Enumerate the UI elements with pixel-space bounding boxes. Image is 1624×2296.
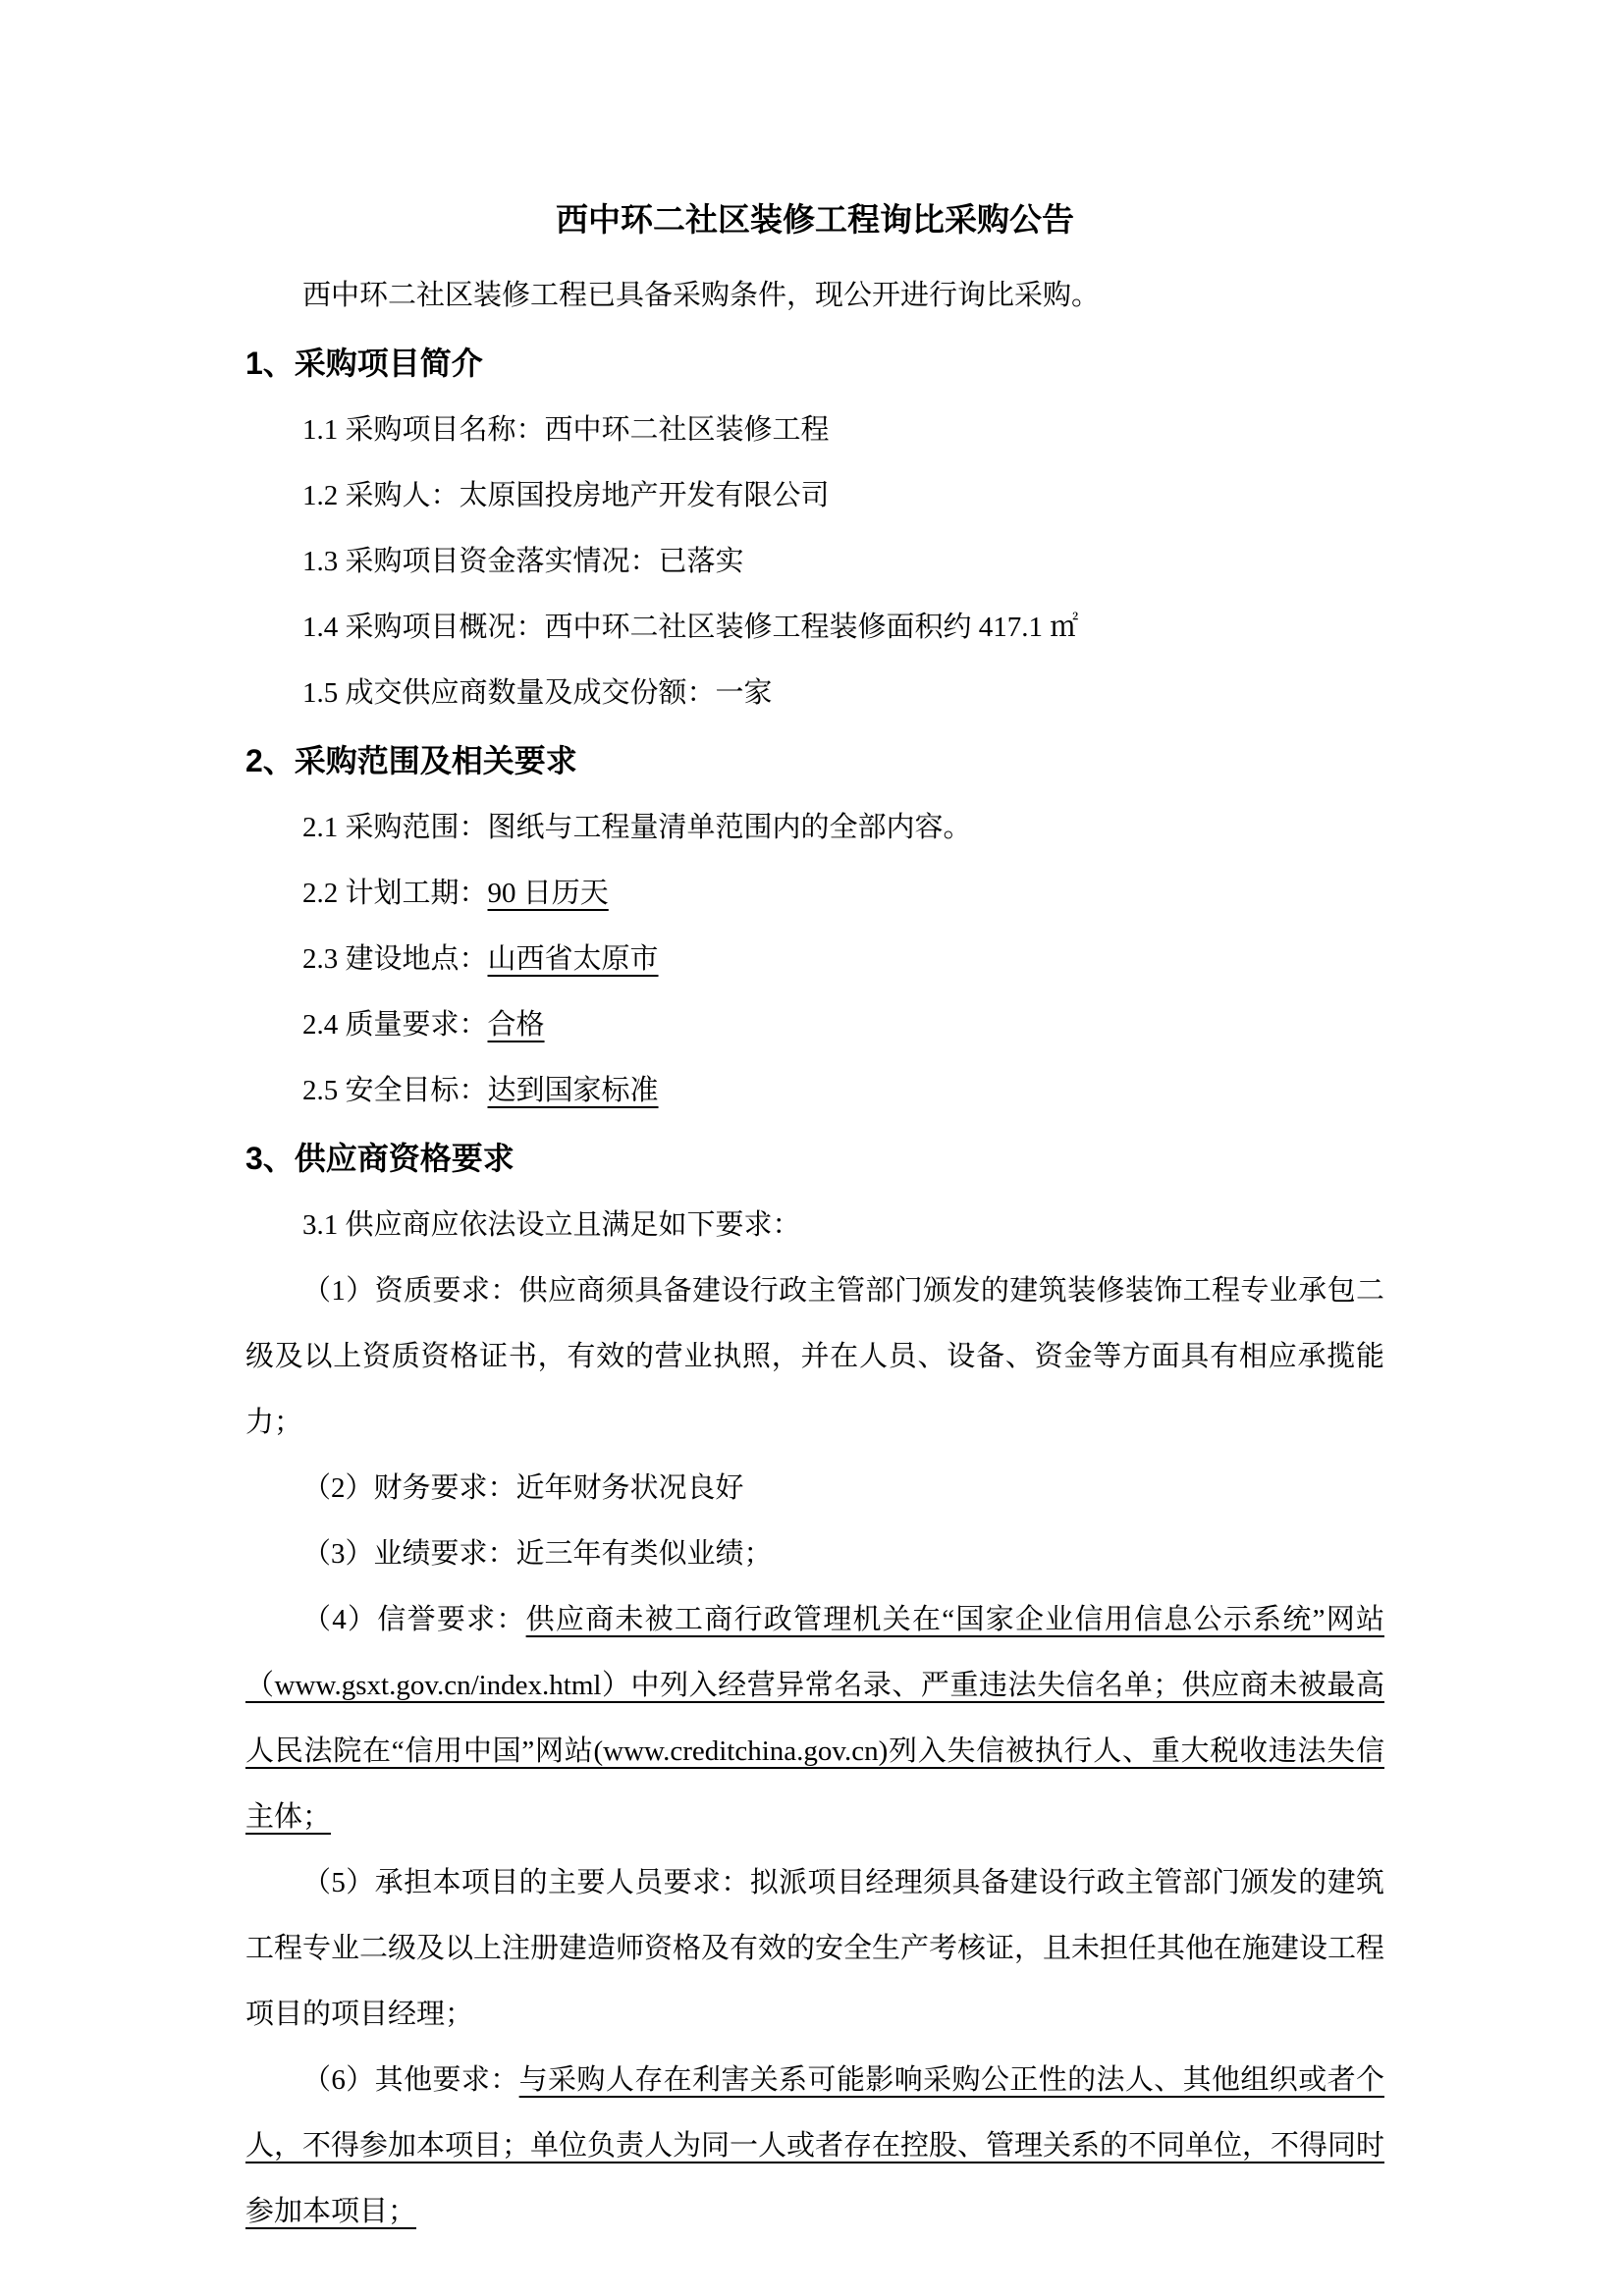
item-1-3: 1.3 采购项目资金落实情况：已落实 xyxy=(245,529,1384,595)
requirement-3-prefix: （3）业绩要求： xyxy=(302,1538,516,1570)
requirement-4: （4）信誉要求：供应商未被工商行政管理机关在“国家企业信用信息公示系统”网站（w… xyxy=(245,1587,1384,1850)
requirement-2-text: 近年财务状况良好 xyxy=(516,1472,744,1504)
requirement-1-prefix: （1）资质要求： xyxy=(302,1275,519,1307)
requirement-4-text: 供应商未被工商行政管理机关在“国家企业信用信息公示系统”网站（www.gsxt.… xyxy=(245,1604,1384,1833)
item-2-3-label: 2.3 建设地点： xyxy=(302,943,488,975)
requirement-1: （1）资质要求：供应商须具备建设行政主管部门颁发的建筑装修装饰工程专业承包二级及… xyxy=(245,1258,1384,1456)
requirement-6: （6）其他要求：与采购人存在利害关系可能影响采购公正性的法人、其他组织或者个人，… xyxy=(245,2048,1384,2245)
section-1-heading: 1、采购项目简介 xyxy=(245,329,1384,398)
item-1-4: 1.4 采购项目概况：西中环二社区装修工程装修面积约 417.1 ㎡ xyxy=(245,595,1384,661)
item-2-1: 2.1 采购范围：图纸与工程量清单范围内的全部内容。 xyxy=(245,795,1384,861)
item-2-2-label: 2.2 计划工期： xyxy=(302,878,488,909)
item-2-4: 2.4 质量要求：合格 xyxy=(245,992,1384,1058)
requirement-4-prefix: （4）信誉要求： xyxy=(302,1604,526,1635)
intro-paragraph: 西中环二社区装修工程已具备采购条件，现公开进行询比采购。 xyxy=(245,263,1384,329)
item-3-1: 3.1 供应商应依法设立且满足如下要求： xyxy=(245,1193,1384,1258)
item-2-4-value: 合格 xyxy=(488,1009,545,1041)
document-page: 西中环二社区装修工程询比采购公告 西中环二社区装修工程已具备采购条件，现公开进行… xyxy=(0,0,1624,2296)
document-title: 西中环二社区装修工程询比采购公告 xyxy=(245,202,1384,238)
requirement-5-prefix: （5）承担本项目的主要人员要求： xyxy=(302,1867,750,1898)
item-2-4-label: 2.4 质量要求： xyxy=(302,1009,488,1041)
item-2-5: 2.5 安全目标：达到国家标准 xyxy=(245,1058,1384,1124)
requirement-6-prefix: （6）其他要求： xyxy=(302,2064,519,2096)
requirement-3-text: 近三年有类似业绩； xyxy=(516,1538,773,1570)
item-2-1-value: 图纸与工程量清单范围内的全部内容。 xyxy=(488,812,972,843)
requirement-3: （3）业绩要求：近三年有类似业绩； xyxy=(245,1522,1384,1587)
section-2-heading: 2、采购范围及相关要求 xyxy=(245,726,1384,795)
item-2-2: 2.2 计划工期：90 日历天 xyxy=(245,861,1384,927)
item-2-2-value: 90 日历天 xyxy=(488,878,609,909)
requirement-5: （5）承担本项目的主要人员要求：拟派项目经理须具备建设行政主管部门颁发的建筑工程… xyxy=(245,1850,1384,2048)
item-1-2: 1.2 采购人：太原国投房地产开发有限公司 xyxy=(245,463,1384,529)
item-2-5-label: 2.5 安全目标： xyxy=(302,1075,488,1106)
item-2-1-label: 2.1 采购范围： xyxy=(302,812,488,843)
item-1-1: 1.1 采购项目名称：西中环二社区装修工程 xyxy=(245,398,1384,463)
section-3-heading: 3、供应商资格要求 xyxy=(245,1124,1384,1193)
item-2-5-value: 达到国家标准 xyxy=(488,1075,659,1106)
item-2-3: 2.3 建设地点：山西省太原市 xyxy=(245,927,1384,992)
item-1-5: 1.5 成交供应商数量及成交份额：一家 xyxy=(245,661,1384,726)
requirement-2-prefix: （2）财务要求： xyxy=(302,1472,516,1504)
item-2-3-value: 山西省太原市 xyxy=(488,943,659,975)
requirement-2: （2）财务要求：近年财务状况良好 xyxy=(245,1456,1384,1522)
